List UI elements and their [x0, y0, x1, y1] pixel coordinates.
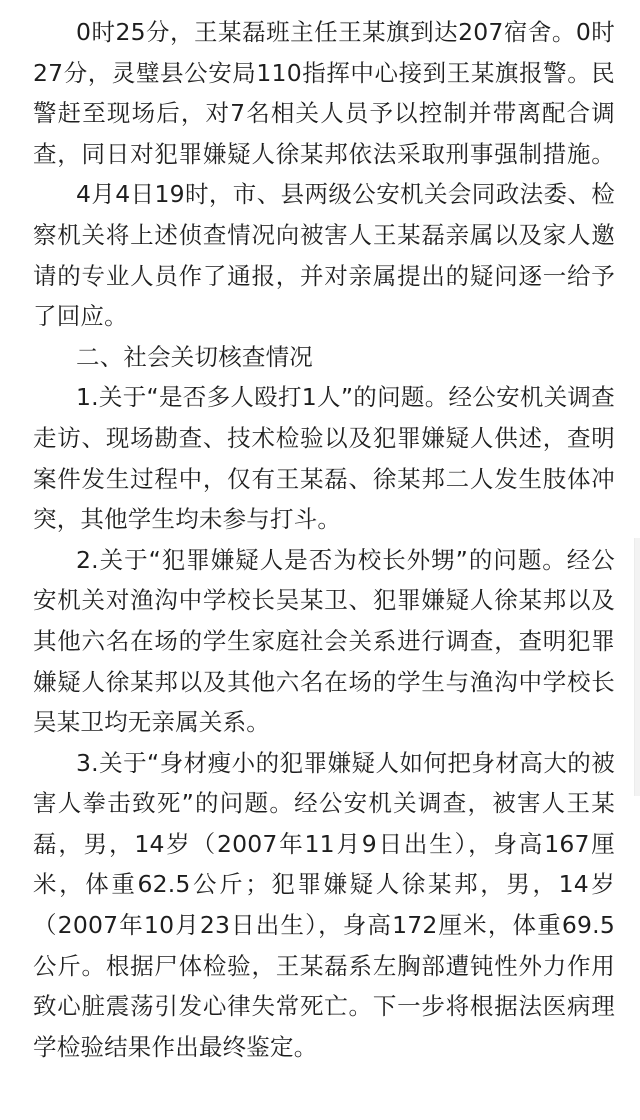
section-heading: 二、社会关切核查情况 [33, 337, 615, 378]
text-line: 公斤。根据尸体检验，王某磊系左胸部遭钝性外力作用 [33, 946, 615, 987]
text-line: 4月4日19时，市、县两级公安机关会同政法委、检 [33, 174, 615, 215]
paragraph-item-1: 1.关于“是否多人殴打1人”的问题。经公安机关调查 走访、现场勘查、技术检验以及… [33, 377, 615, 539]
text-line: 0时25分，王某磊班主任王某旗到达207宿舍。0时 [33, 12, 615, 53]
text-line: 1.关于“是否多人殴打1人”的问题。经公安机关调查 [33, 377, 615, 418]
text-line: 安机关对渔沟中学校长吴某卫、犯罪嫌疑人徐某邦以及 [33, 580, 615, 621]
heading-line: 二、社会关切核查情况 [33, 337, 615, 378]
text-line: 走访、现场勘查、技术检验以及犯罪嫌疑人供述，查明 [33, 418, 615, 459]
text-line: 致心脏震荡引发心律失常死亡。下一步将根据法医病理 [33, 986, 615, 1027]
text-line: 害人拳击致死”的问题。经公安机关调查，被害人王某 [33, 783, 615, 824]
scrollbar-track[interactable] [634, 538, 640, 796]
text-line: 其他六名在场的学生家庭社会关系进行调查，查明犯罪 [33, 621, 615, 662]
text-line: （2007年10月23日出生），身高172厘米，体重69.5 [33, 905, 615, 946]
text-line: 请的专业人员作了通报，并对亲属提出的疑问逐一给予 [33, 256, 615, 297]
text-line: 查，同日对犯罪嫌疑人徐某邦依法采取刑事强制措施。 [33, 134, 615, 175]
text-line: 27分，灵璧县公安局110指挥中心接到王某旗报警。民 [33, 53, 615, 94]
text-line: 2.关于“犯罪嫌疑人是否为校长外甥”的问题。经公 [33, 540, 615, 581]
text-line: 米，体重62.5公斤；犯罪嫌疑人徐某邦，男，14岁 [33, 864, 615, 905]
text-line: 嫌疑人徐某邦以及其他六名在场的学生与渔沟中学校长 [33, 662, 615, 703]
text-line: 察机关将上述侦查情况向被害人王某磊亲属以及家人邀 [33, 215, 615, 256]
text-line: 吴某卫均无亲属关系。 [33, 702, 615, 743]
text-line: 3.关于“身材瘦小的犯罪嫌疑人如何把身材高大的被 [33, 743, 615, 784]
paragraph-item-3: 3.关于“身材瘦小的犯罪嫌疑人如何把身材高大的被 害人拳击致死”的问题。经公安机… [33, 743, 615, 1068]
text-line: 磊，男，14岁（2007年11月9日出生），身高167厘 [33, 824, 615, 865]
text-line: 突，其他学生均未参与打斗。 [33, 499, 615, 540]
paragraph-arrest-report: 0时25分，王某磊班主任王某旗到达207宿舍。0时 27分，灵璧县公安局110指… [33, 12, 615, 174]
text-line: 学检验结果作出最终鉴定。 [33, 1027, 615, 1068]
text-line: 警赶至现场后，对7名相关人员予以控制并带离配合调 [33, 93, 615, 134]
article-body: 0时25分，王某磊班主任王某旗到达207宿舍。0时 27分，灵璧县公安局110指… [33, 12, 615, 1067]
text-line: 案件发生过程中，仅有王某磊、徐某邦二人发生肢体冲 [33, 459, 615, 500]
paragraph-briefing: 4月4日19时，市、县两级公安机关会同政法委、检 察机关将上述侦查情况向被害人王… [33, 174, 615, 336]
text-line: 了回应。 [33, 296, 615, 337]
paragraph-item-2: 2.关于“犯罪嫌疑人是否为校长外甥”的问题。经公 安机关对渔沟中学校长吴某卫、犯… [33, 540, 615, 743]
